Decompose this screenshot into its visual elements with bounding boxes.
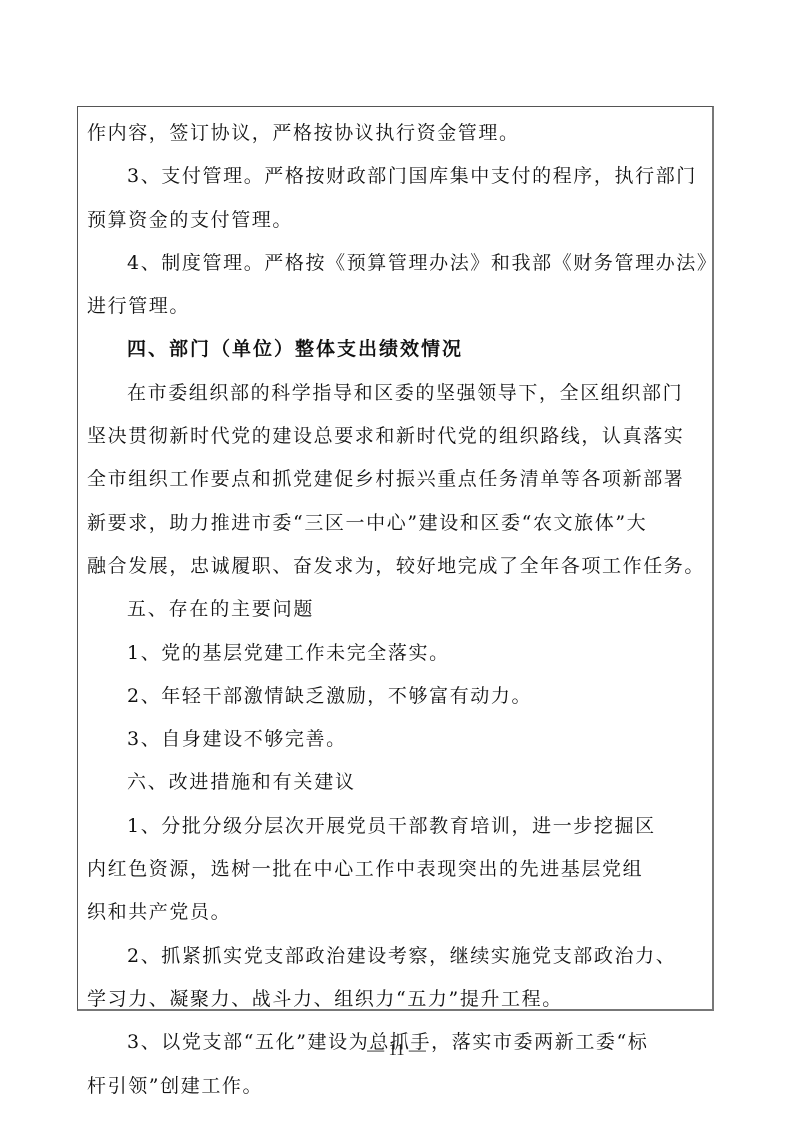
list-item: 1、分批分级分层次开展党员干部教育培训，进一步挖掘区 <box>87 805 709 848</box>
section-heading-4: 四、部门（单位）整体支出绩效情况 <box>87 328 709 371</box>
section-heading-5: 五、存在的主要问题 <box>87 588 709 631</box>
paragraph-line: 进行管理。 <box>87 285 709 328</box>
paragraph-line: 4、制度管理。严格按《预算管理办法》和我部《财务管理办法》 <box>87 242 709 285</box>
paragraph-line: 融合发展，忠诚履职、奋发求为，较好地完成了全年各项工作任务。 <box>87 545 709 588</box>
section-heading-6: 六、改进措施和有关建议 <box>87 761 709 804</box>
paragraph-line: 织和共产党员。 <box>87 891 709 934</box>
paragraph-line: 新要求，助力推进市委“三区一中心”建设和区委“农文旅体”大 <box>87 502 709 545</box>
paragraph-line: 3、支付管理。严格按财政部门国库集中支付的程序，执行部门 <box>87 155 709 198</box>
paragraph-line: 全市组织工作要点和抓党建促乡村振兴重点任务清单等各项新部署 <box>87 458 709 501</box>
paragraph-line: 作内容，签订协议，严格按协议执行资金管理。 <box>87 112 709 155</box>
paragraph-line: 学习力、凝聚力、战斗力、组织力“五力”提升工程。 <box>87 978 709 1021</box>
list-item: 1、党的基层党建工作未完全落实。 <box>87 632 709 675</box>
paragraph-line: 杆引领”创建工作。 <box>87 1065 709 1108</box>
paragraph-line: 坚决贯彻新时代党的建设总要求和新时代党的组织路线，认真落实 <box>87 415 709 458</box>
list-item: 3、自身建设不够完善。 <box>87 718 709 761</box>
document-body: 作内容，签订协议，严格按协议执行资金管理。 3、支付管理。严格按财政部门国库集中… <box>87 112 709 1108</box>
paragraph-line: 在市委组织部的科学指导和区委的坚强领导下，全区组织部门 <box>87 372 709 415</box>
page-number: — 11 — <box>0 1040 793 1060</box>
paragraph-line: 内红色资源，选树一批在中心工作中表现突出的先进基层党组 <box>87 848 709 891</box>
list-item: 2、抓紧抓实党支部政治建设考察，继续实施党支部政治力、 <box>87 935 709 978</box>
list-item: 2、年轻干部激情缺乏激励，不够富有动力。 <box>87 675 709 718</box>
paragraph-line: 预算资金的支付管理。 <box>87 199 709 242</box>
